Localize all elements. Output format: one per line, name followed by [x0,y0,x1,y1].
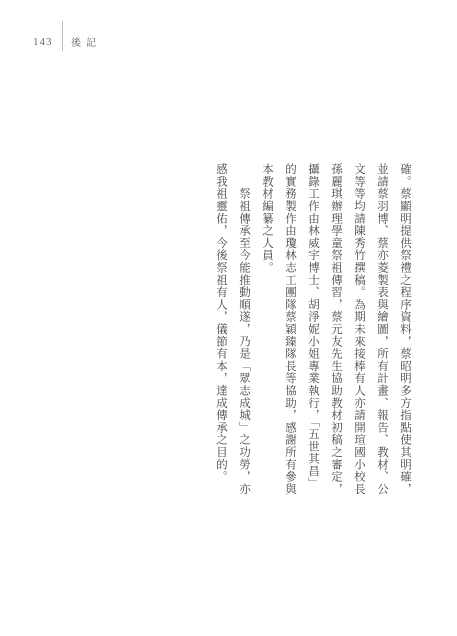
text-column: 並請蔡羽博、蔡亦菱製表與繪圖，所有計畫、報告、教材、公 [370,163,393,513]
section-title: 後記 [71,39,101,49]
text-block: 確。蔡顯明提供祭禮之程序資料，蔡昭明多方指點使其明確， 並請蔡羽博、蔡亦菱製表與… [209,163,416,513]
text-column: 攝錄工作由林威宇博士、胡淨妮小姐專業執行，「五世其昌」 [301,163,324,513]
text-column: 的實務製作由瓊林志工團隊蔡穎臻隊長等協助，感謝所有參與 [278,163,301,513]
text-column: 確。蔡顯明提供祭禮之程序資料，蔡昭明多方指點使其明確， [393,163,416,513]
text-column: 文等等均請陳秀竹撰稿。為期未來接棒有人亦請開瑄國小校長 [347,163,370,513]
text-column: 孫麗琪辦理學童祭祖傳習，蔡元友先生協助教材初稿之審定， [324,163,347,513]
text-column: 感我祖靈佑，今後祭祖有人，儀節有本，達成傳承之目的。 [209,163,232,513]
book-page: 143 後記 確。蔡顯明提供祭禮之程序資料，蔡昭明多方指點使其明確， 並請蔡羽博… [0,0,457,636]
text-column: 祭祖傳承至今能推動順遂，乃是「眾志成城」之功勞，亦 [232,163,255,513]
page-number: 143 [33,37,53,48]
header-divider [62,21,63,51]
page-header: 143 後記 [0,0,457,60]
text-column: 本教材編纂之人員。 [255,163,278,513]
